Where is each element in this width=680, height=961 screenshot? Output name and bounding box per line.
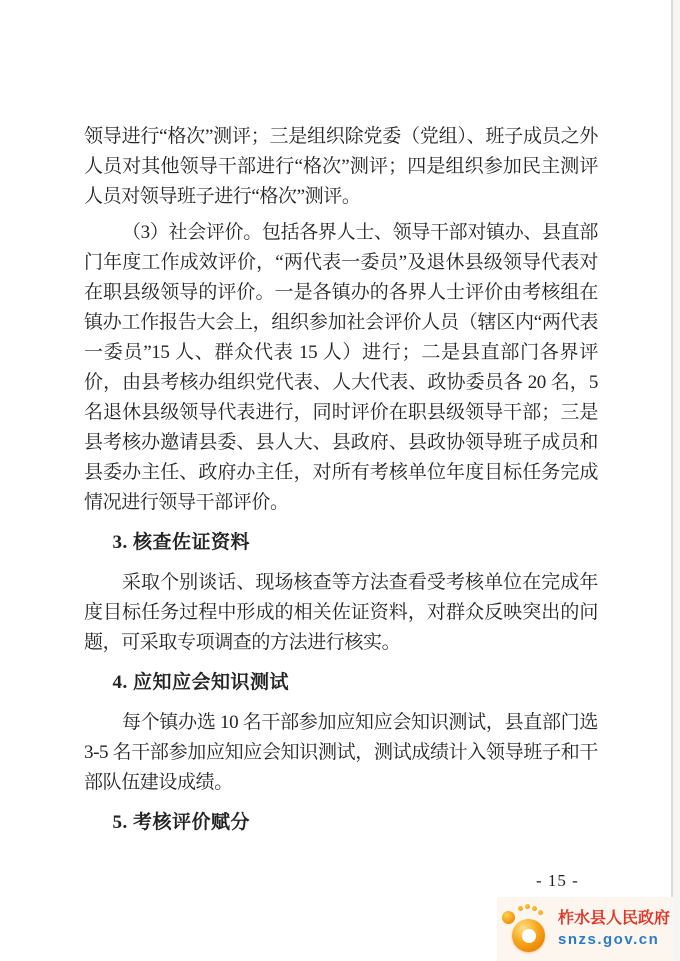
paragraph: 每个镇办选 10 名干部参加应知应会知识测试，县直部门选 3-5 名干部参加应知…	[84, 708, 598, 798]
paragraph: 领导进行“格次”测评；三是组织除党委（党组）、班子成员之外人员对其他领导干部进行…	[84, 122, 598, 212]
scan-edge-line	[671, 0, 673, 961]
section-heading: 5. 考核评价赋分	[84, 808, 598, 838]
section-heading: 3. 核查佐证资料	[84, 528, 598, 558]
footprint-logo-icon	[501, 902, 553, 956]
gov-site-name: 柞水县人民政府	[558, 910, 670, 928]
paragraph: （3）社会评价。包括各界人士、领导干部对镇办、县直部门年度工作成效评价，“两代表…	[84, 218, 598, 518]
section-heading: 4. 应知应会知识测试	[84, 668, 598, 698]
scan-edge-strip	[673, 0, 680, 961]
gov-site-url: snzs.gov.cn	[558, 932, 670, 948]
paragraph: 采取个别谈话、现场核查等方法查看受考核单位在完成年度目标任务过程中形成的相关佐证…	[84, 568, 598, 658]
gov-watermark: 柞水县人民政府 snzs.gov.cn	[497, 897, 673, 961]
page-number: - 15 -	[536, 871, 579, 891]
document-body: 领导进行“格次”测评；三是组织除党委（党组）、班子成员之外人员对其他领导干部进行…	[84, 122, 598, 848]
